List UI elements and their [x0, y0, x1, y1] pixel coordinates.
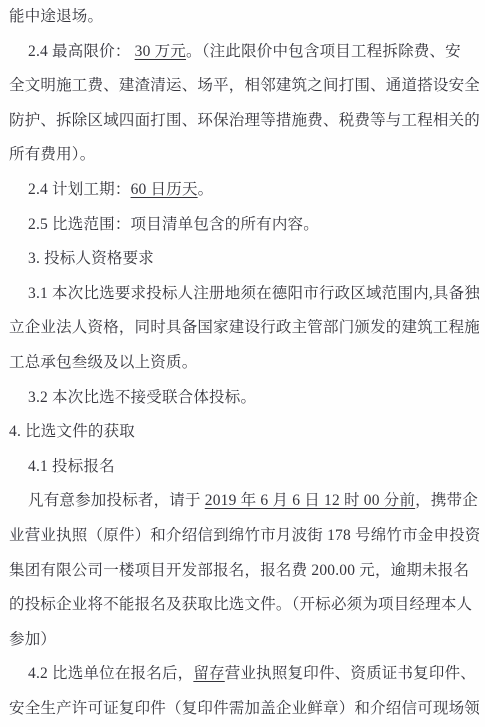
text-line: 凡有意参加投标者，请于 2019 年 6 月 6 日 12 时 00 分前，携带… [9, 484, 479, 519]
document-text: 能中途退场。2.4 最高限价： 30 万元。（注此限价中包含项目工程拆除费、安全… [9, 0, 479, 726]
text-segment: 4.2 比选单位在报名后， [28, 665, 193, 682]
text-line: 2.5 比选范围：项目清单包含的所有内容。 [9, 208, 479, 243]
text-segment: 全文明施工费、建渣清运、场平，相邻建筑之间打围、通道搭设安全 [9, 77, 479, 94]
text-line: 防护、拆除区域四面打围、环保治理等措施费、税费等与工程相关的 [9, 104, 479, 139]
text-line: 4.2 比选单位在报名后，留存营业执照复印件、资质证书复印件、 [9, 657, 479, 692]
text-line: 能中途退场。 [9, 0, 479, 35]
text-line: 3.1 本次比选要求投标人注册地须在德阳市行政区域范围内,具备独 [9, 277, 479, 312]
underlined-text: 留存 [193, 665, 224, 682]
text-line: 2.4 计划工期：60 日历天。 [9, 173, 479, 208]
text-line: 全文明施工费、建渣清运、场平，相邻建筑之间打围、通道搭设安全 [9, 69, 479, 104]
text-segment: 3.2 本次比选不接受联合体投标。 [28, 389, 256, 406]
text-segment: 防护、拆除区域四面打围、环保治理等措施费、税费等与工程相关的 [9, 112, 479, 129]
text-segment: 2.4 最高限价： [28, 43, 135, 60]
text-line: 集团有限公司一楼项目开发部报名，报名费 200.00 元，逾期未报名 [9, 554, 479, 589]
text-line: 4. 比选文件的获取 [9, 415, 479, 450]
text-segment: 业营业执照（原件）和介绍信到绵竹市月波街 178 号绵竹市金申投资 [9, 527, 479, 544]
text-segment: 。（注此限价中包含项目工程拆除费、安 [186, 43, 461, 60]
document-page: 能中途退场。2.4 最高限价： 30 万元。（注此限价中包含项目工程拆除费、安全… [0, 0, 485, 727]
text-line: 所有费用）。 [9, 138, 479, 173]
text-segment: 凡有意参加投标者，请于 [28, 492, 205, 509]
text-segment: 立企业法人资格，同时具备国家建设行政主管部门颁发的建筑工程施 [9, 319, 479, 336]
text-line: 立企业法人资格，同时具备国家建设行政主管部门颁发的建筑工程施 [9, 311, 479, 346]
text-segment: 2.4 计划工期： [28, 181, 131, 198]
text-line: 4.1 投标报名 [9, 450, 479, 485]
text-segment: 4. 比选文件的获取 [9, 423, 135, 440]
text-line: 3. 投标人资格要求 [9, 242, 479, 277]
text-segment: 参加） [9, 631, 56, 648]
text-segment: 安全生产许可证复印件（复印件需加盖企业鲜章）和介绍信可现场领 [9, 700, 479, 717]
text-line: 安全生产许可证复印件（复印件需加盖企业鲜章）和介绍信可现场领 [9, 692, 479, 727]
underlined-text: 30 万元 [135, 43, 186, 60]
text-segment: 4.1 投标报名 [28, 458, 115, 475]
text-segment: 。 [198, 181, 214, 198]
text-segment: 2.5 比选范围：项目清单包含的所有内容。 [28, 216, 319, 233]
text-line: 的投标企业将不能报名及获取比选文件。（开标必须为项目经理本人 [9, 588, 479, 623]
text-segment: 所有费用）。 [9, 146, 95, 163]
text-line: 2.4 最高限价： 30 万元。（注此限价中包含项目工程拆除费、安 [9, 35, 479, 70]
text-line: 3.2 本次比选不接受联合体投标。 [9, 381, 479, 416]
underlined-text: 2019 年 6 月 6 日 12 时 00 分前 [205, 492, 415, 509]
text-segment: 的投标企业将不能报名及获取比选文件。（开标必须为项目经理本人 [9, 596, 472, 613]
underlined-text: 60 日历天 [131, 181, 198, 198]
text-segment: 能中途退场。 [9, 8, 103, 25]
text-segment: 3. 投标人资格要求 [28, 250, 154, 267]
text-segment: 营业执照复印件、资质证书复印件、 [225, 665, 476, 682]
text-segment: 集团有限公司一楼项目开发部报名，报名费 200.00 元，逾期未报名 [9, 562, 469, 579]
text-line: 工总承包叁级及以上资质。 [9, 346, 479, 381]
text-line: 参加） [9, 623, 479, 658]
text-segment: 工总承包叁级及以上资质。 [9, 354, 197, 371]
text-segment: ，携带企 [415, 492, 478, 509]
text-line: 业营业执照（原件）和介绍信到绵竹市月波街 178 号绵竹市金申投资 [9, 519, 479, 554]
text-segment: 3.1 本次比选要求投标人注册地须在德阳市行政区域范围内,具备独 [28, 285, 479, 302]
